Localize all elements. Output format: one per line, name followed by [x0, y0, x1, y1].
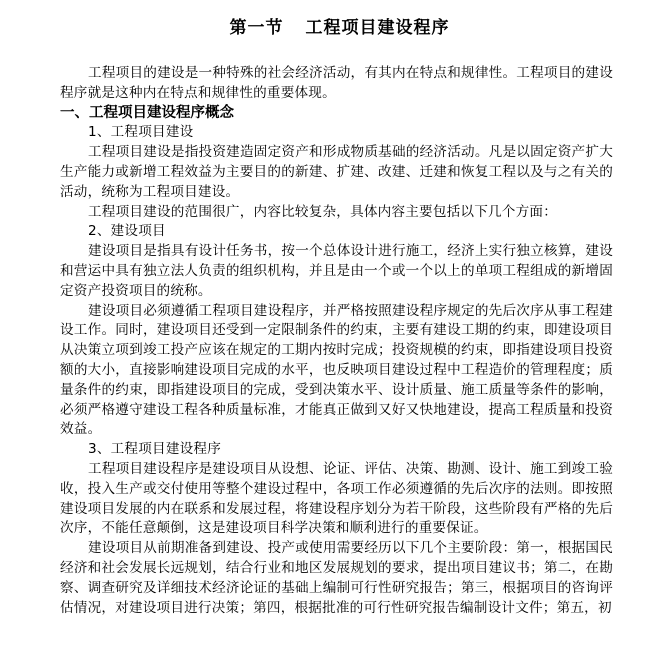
page-title: 第一节工程项目建设程序 — [60, 16, 613, 40]
paragraph-3-1: 工程项目建设程序是建设项目从设想、论证、评估、决策、勘测、设计、施工到竣工验收，… — [60, 460, 613, 539]
section-heading-1: 一、工程项目建设程序概念 — [60, 104, 613, 124]
paragraph-2-2: 建设项目必须遵循工程项目建设程序，并严格按照建设程序规定的先后次序从事工程建设工… — [60, 302, 613, 441]
title-section-number: 第一节 — [230, 18, 284, 38]
subsection-title-3: 3、工程项目建设程序 — [60, 440, 613, 460]
intro-paragraph: 工程项目的建设是一种特殊的社会经济活动，有其内在特点和规律性。工程项目的建设程序… — [60, 64, 613, 104]
paragraph-1-2: 工程项目建设的范围很广，内容比较复杂，具体内容主要包括以下几个方面： — [60, 203, 613, 223]
paragraph-1-1: 工程项目建设是指投资建造固定资产和形成物质基础的经济活动。凡是以固定资产扩大生产… — [60, 143, 613, 202]
subsection-title-2: 2、建设项目 — [60, 222, 613, 242]
title-spacer — [60, 40, 613, 64]
paragraph-2-1: 建设项目是指具有设计任务书，按一个总体设计进行施工，经济上实行独立核算，建设和营… — [60, 242, 613, 301]
document-page: 第一节工程项目建设程序 工程项目的建设是一种特殊的社会经济活动，有其内在特点和规… — [60, 0, 613, 618]
title-text: 工程项目建设程序 — [306, 18, 450, 38]
paragraph-3-2: 建设项目从前期准备到建设、投产或使用需要经历以下几个主要阶段：第一，根据国民经济… — [60, 539, 613, 618]
subsection-title-1: 1、工程项目建设 — [60, 123, 613, 143]
